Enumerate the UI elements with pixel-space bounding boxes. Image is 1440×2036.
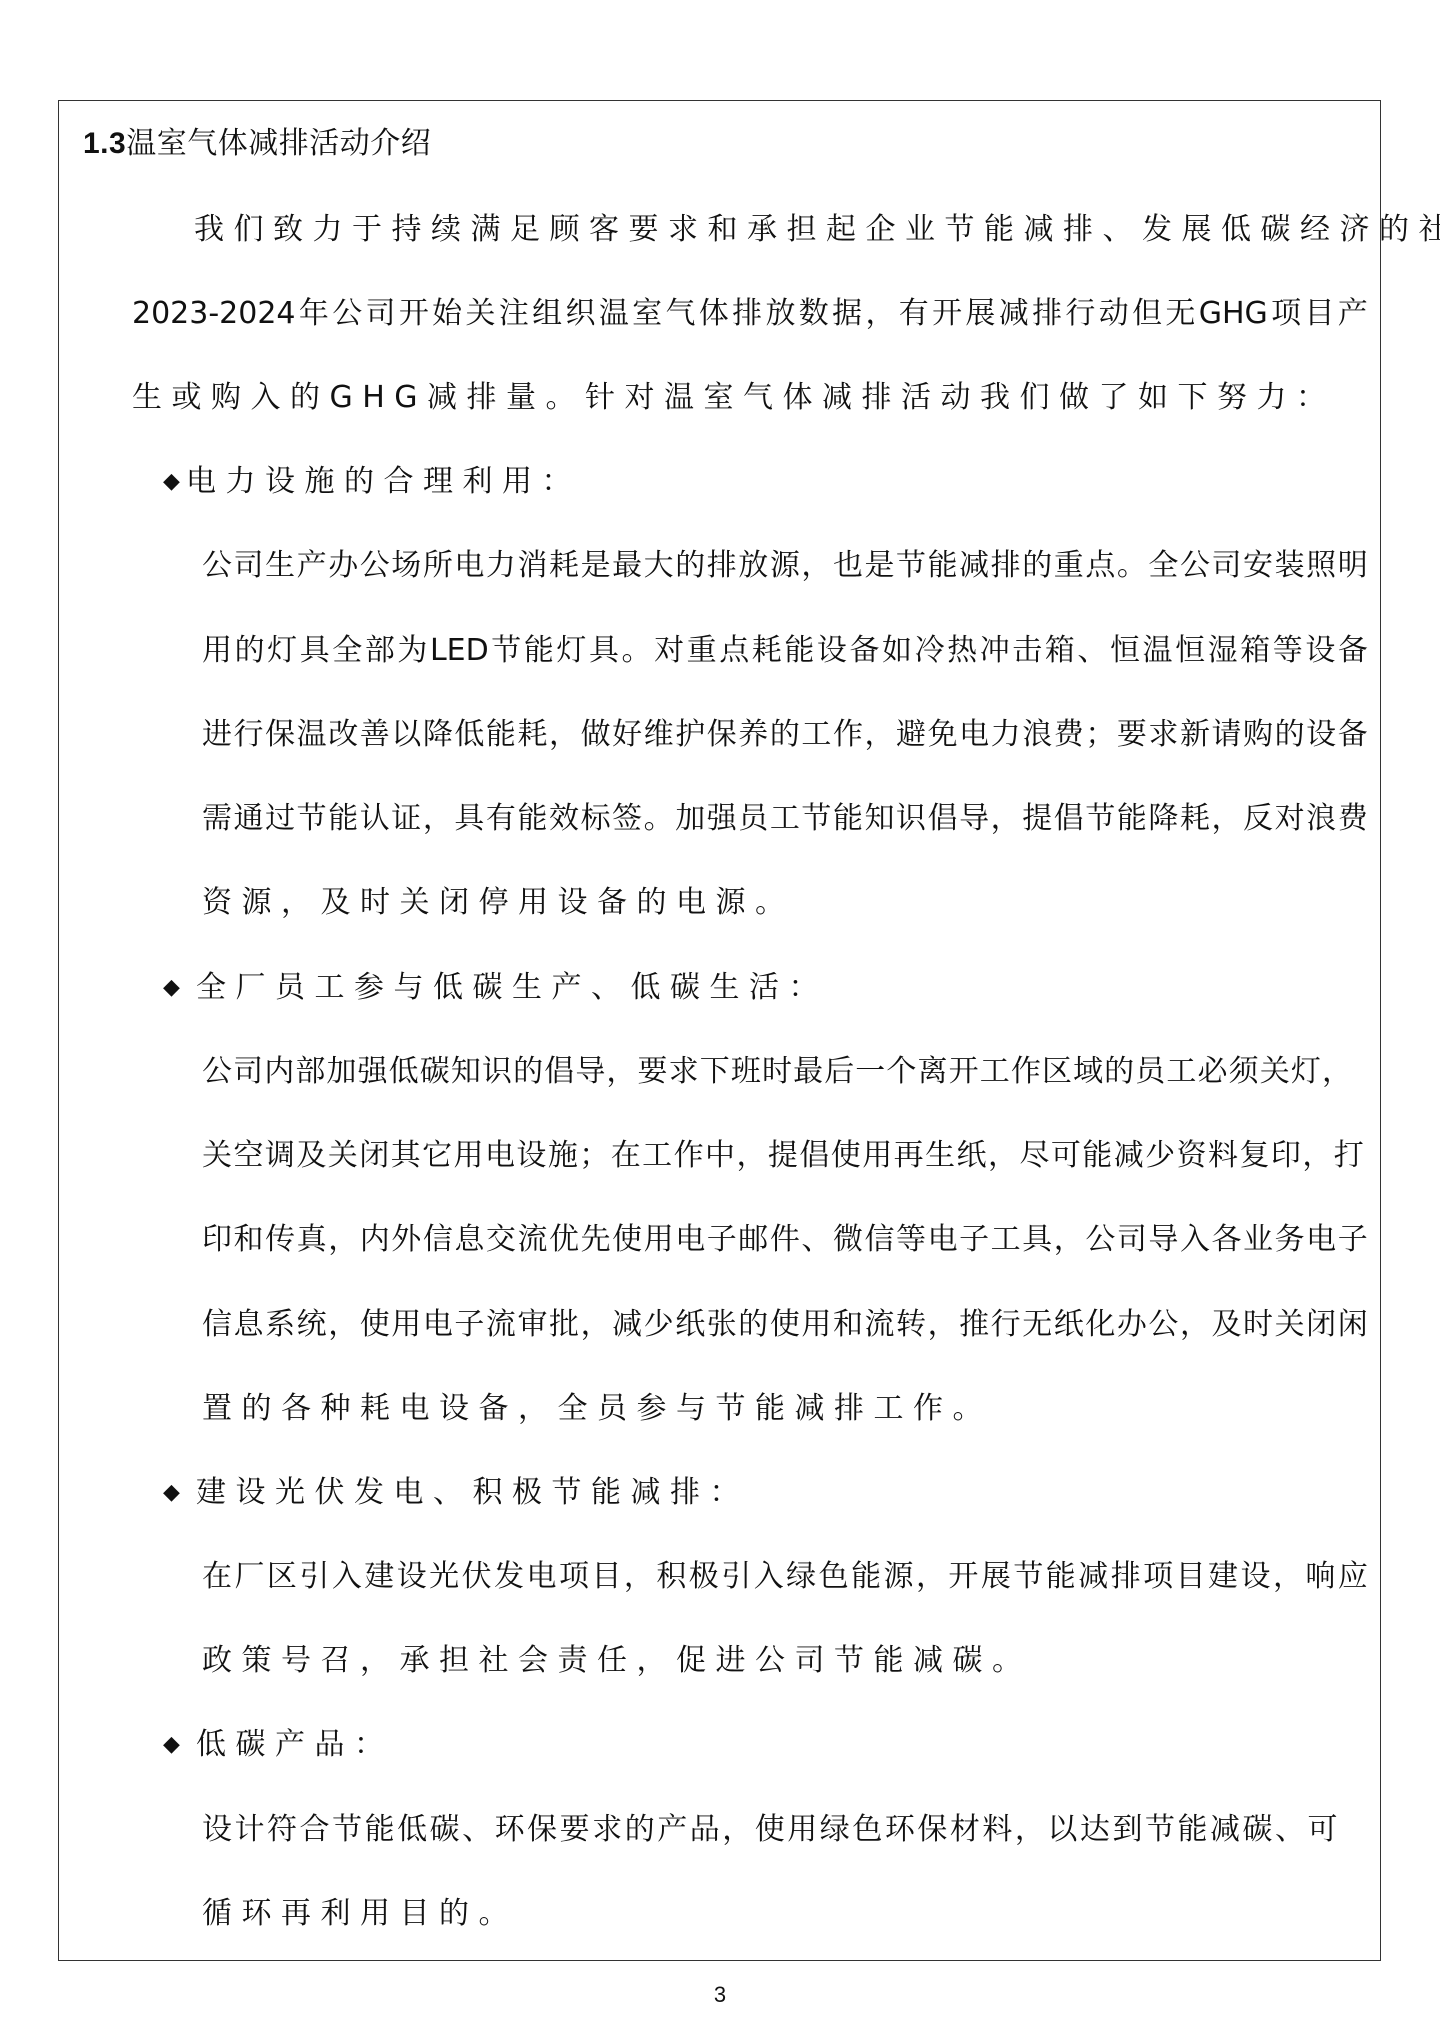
body-line: 循环再利用目的。 [202,1894,518,1934]
body-line: 政策号召，承担社会责任，促进公司节能减碳。 [202,1641,1032,1681]
body-line: 进行保温改善以降低能耗，做好维护保养的工作，避免电力浪费；要求新请购的设备 [202,715,1368,755]
body-line: 设计符合节能低碳、环保要求的产品，使用绿色环保材料，以达到节能减碳、可 [202,1810,1338,1850]
section-title-products: 低碳产品： [196,1725,394,1765]
page-number: 3 [700,1980,740,2010]
section-heading: 1.3温室气体减排活动介绍 [83,124,431,164]
body-line: 公司内部加强低碳知识的倡导，要求下班时最后一个离开工作区域的员工必须关灯， [202,1052,1352,1092]
diamond-bullet-icon: ◆ [163,1473,180,1513]
section-title-electric: 电力设施的合理利用： [186,462,581,502]
body-line: 用的灯具全部为LED节能灯具。对重点耗能设备如冷热冲击箱、恒温恒湿箱等设备 [202,631,1368,671]
section-title: 温室气体减排活动介绍 [126,126,431,161]
section-number: 1.3 [83,127,126,160]
body-line: 在厂区引入建设光伏发电项目，积极引入绿色能源，开展节能减排项目建设，响应 [202,1557,1368,1597]
diamond-bullet-icon: ◆ [163,1725,180,1765]
body-line: 关空调及关闭其它用电设施；在工作中，提倡使用再生纸，尽可能减少资料复印，打 [202,1136,1364,1176]
body-line: 公司生产办公场所电力消耗是最大的排放源，也是节能减排的重点。全公司安装照明 [202,546,1368,586]
section-title-staff: 全厂员工参与低碳生产、低碳生活： [196,968,828,1008]
intro-line: 我们致力于持续满足顾客要求和承担起企业节能减排、发展低碳经济的社会责任， [194,210,1366,250]
body-line: 置的各种耗电设备，全员参与节能减排工作。 [202,1389,992,1429]
body-line: 需通过节能认证，具有能效标签。加强员工节能知识倡导，提倡节能降耗，反对浪费 [202,799,1368,839]
body-line: 印和传真，内外信息交流优先使用电子邮件、微信等电子工具，公司导入各业务电子 [202,1220,1368,1260]
section-title-solar: 建设光伏发电、积极节能减排： [196,1473,749,1513]
diamond-bullet-icon: ◆ [163,462,180,502]
body-line: 信息系统，使用电子流审批，减少纸张的使用和流转，推行无纸化办公，及时关闭闲 [202,1305,1368,1345]
intro-line: 生或购入的GHG减排量。针对温室气体减排活动我们做了如下努力： [132,378,1336,418]
body-line: 资源，及时关闭停用设备的电源。 [202,883,795,923]
intro-line: 2023-2024年公司开始关注组织温室气体排放数据，有开展减排行动但无GHG项… [132,294,1368,334]
diamond-bullet-icon: ◆ [163,968,180,1008]
